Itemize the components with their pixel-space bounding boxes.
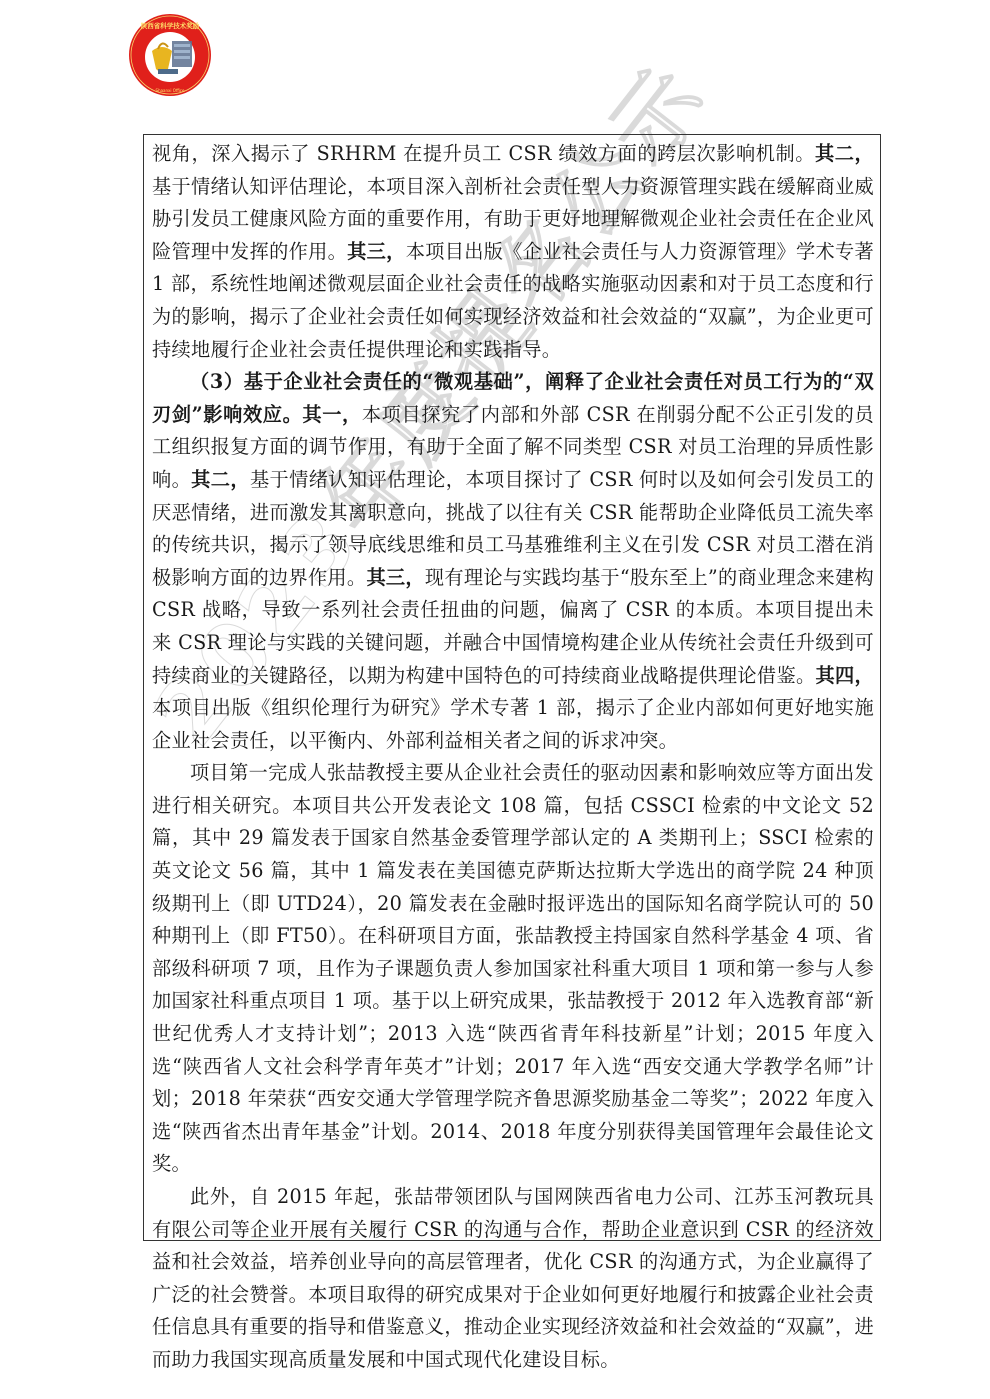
bold-lead-text: 其三， [347, 240, 406, 263]
bold-lead-text: 其四， [815, 664, 874, 687]
bold-lead-text: 其二， [815, 142, 874, 165]
bold-lead-text: 其三， [366, 566, 424, 589]
svg-text:陕西省科学技术奖励: 陕西省科学技术奖励 [141, 21, 200, 30]
award-office-seal-icon: 陕西省科学技术奖励 Shaanxi Office [128, 13, 212, 97]
award-office-seal-logo: 陕西省科学技术奖励 Shaanxi Office [128, 13, 212, 97]
paragraph-text: 此外，自 2015 年起，张喆带领团队与国网陕西省电力公司、江苏玉河教玩具有限公… [152, 1185, 874, 1371]
body-paragraph: 视角，深入揭示了 SRHRM 在提升员工 CSR 绩效方面的跨层次影响机制。其二… [152, 138, 874, 366]
document-body: 视角，深入揭示了 SRHRM 在提升员工 CSR 绩效方面的跨层次影响机制。其二… [152, 138, 874, 1377]
body-paragraph: （3）基于企业社会责任的“微观基础”，阐释了企业社会责任对员工行为的“双刃剑”影… [152, 366, 874, 757]
paragraph-text: 本项目出版《组织伦理行为研究》学术专著 1 部，揭示了企业内部如何更好地实施企业… [152, 696, 874, 752]
bold-lead-text: 其二， [191, 468, 250, 491]
paragraph-text: 视角，深入揭示了 SRHRM 在提升员工 CSR 绩效方面的跨层次影响机制。 [152, 142, 815, 165]
svg-text:Shaanxi Office: Shaanxi Office [156, 88, 185, 93]
body-paragraph: 项目第一完成人张喆教授主要从企业社会责任的驱动因素和影响效应等方面出发进行相关研… [152, 757, 874, 1181]
body-paragraph: 此外，自 2015 年起，张喆带领团队与国网陕西省电力公司、江苏玉河教玩具有限公… [152, 1181, 874, 1377]
paragraph-text: 项目第一完成人张喆教授主要从企业社会责任的驱动因素和影响效应等方面出发进行相关研… [152, 761, 874, 1175]
